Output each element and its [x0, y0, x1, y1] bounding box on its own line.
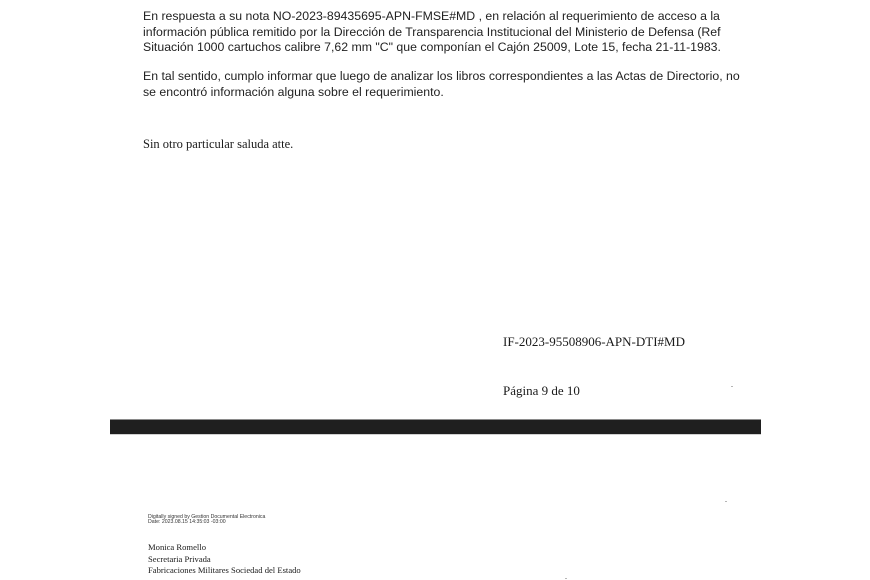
page-break-bar — [110, 419, 761, 435]
scan-speck — [725, 501, 727, 502]
signer-block: Monica Romello Secretaria Privada Fabric… — [148, 542, 301, 577]
scan-speck — [565, 578, 567, 579]
paragraph-line: se encontró información alguna sobre el … — [143, 85, 699, 101]
paragraph-line: En respuesta a su nota NO-2023-89435695-… — [143, 9, 699, 25]
signer-title: Secretaria Privada — [148, 554, 301, 566]
paragraph-line: En tal sentido, cumplo informar que lueg… — [143, 69, 699, 85]
closing-salutation: Sin otro particular saluda atte. — [143, 137, 293, 152]
paragraph-line: Situación 1000 cartuchos calibre 7,62 mm… — [143, 40, 699, 56]
signature-date: Date: 2023.08.15 14:35:03 -03:00 — [148, 520, 265, 525]
page-number: Página 9 de 10 — [503, 383, 580, 399]
signer-name: Monica Romello — [148, 542, 301, 554]
scan-speck — [731, 386, 733, 387]
finding-paragraph: En tal sentido, cumplo informar que lueg… — [143, 69, 699, 100]
document-id: IF-2023-95508906-APN-DTI#MD — [503, 334, 685, 350]
response-paragraph: En respuesta a su nota NO-2023-89435695-… — [143, 9, 699, 56]
paragraph-line: información pública remitido por la Dire… — [143, 25, 699, 41]
digital-signature-stamp: Digitally signed by Gestion Documental E… — [148, 515, 265, 525]
signer-organization: Fabricaciones Militares Sociedad del Est… — [148, 565, 301, 577]
